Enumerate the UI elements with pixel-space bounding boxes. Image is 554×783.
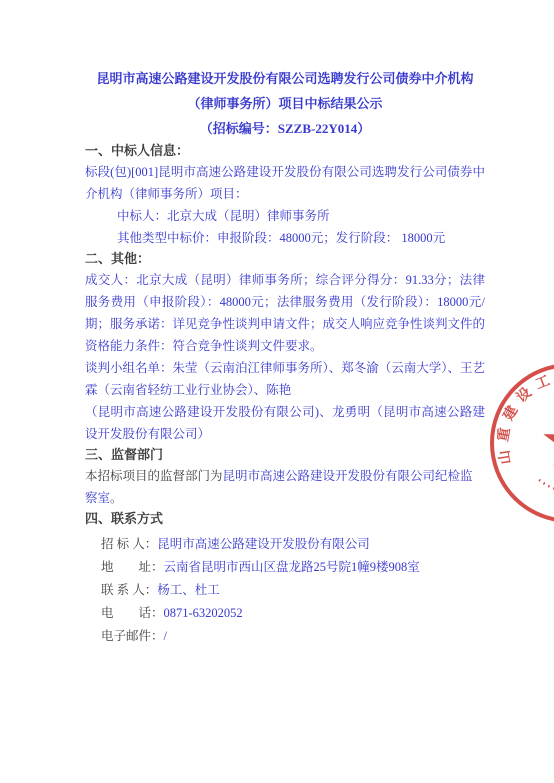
section-1-heading: 一、中标人信息： <box>85 141 485 161</box>
section-3-heading: 三、监督部门 <box>85 445 485 465</box>
tenderer-label: 招 标 人： <box>101 537 157 551</box>
email-value: / <box>164 629 167 643</box>
contact-person-label: 联 系 人： <box>101 583 157 597</box>
seal-serial-dots <box>539 480 554 491</box>
contact-row-address: 地 址：云南省昆明市西山区盘龙路25号院1幢9楼908室 <box>101 556 485 579</box>
company-seal-stamp: 山重建设工程 <box>485 358 554 528</box>
seal-arc-text: 山重建设工程 <box>494 368 554 466</box>
address-label: 地 址： <box>101 560 164 574</box>
seal-outer-ring <box>492 365 554 521</box>
contact-row-phone: 电 话：0871-63202052 <box>101 602 485 625</box>
bid-number: （招标编号：SZZB-22Y014） <box>85 116 485 141</box>
email-label: 电子邮件： <box>101 629 164 643</box>
section-4-heading: 四、联系方式 <box>85 509 485 529</box>
tenderer-value: 昆明市高速公路建设开发股份有限公司 <box>157 537 370 551</box>
svg-text:山重建设工程: 山重建设工程 <box>494 368 554 466</box>
phone-value: 0871-63202052 <box>164 606 243 620</box>
address-value: 云南省昆明市西山区盘龙路25号院1幢9楼908室 <box>164 560 420 574</box>
supervision-line: 本招标项目的监督部门为昆明市高速公路建设开发股份有限公司纪检监察室。 <box>85 465 485 509</box>
seal-star-icon <box>543 415 554 466</box>
deal-details-paragraph: 成交人：北京大成（昆明）律师事务所；综合评分得分：91.33分；法律服务费用（申… <box>85 269 485 357</box>
price-line: 其他类型中标价：申报阶段：48000元；发行阶段： 18000元 <box>85 227 485 249</box>
supervision-suffix: 。 <box>110 491 123 505</box>
supervision-prefix: 本招标项目的监督部门为 <box>85 469 223 483</box>
panel-list-line-1: 谈判小组名单：朱莹（云南泊江律师事务所）、郑冬渝（云南大学）、王艺霖（云南省轻纺… <box>85 357 485 401</box>
contact-row-tenderer: 招 标 人：昆明市高速公路建设开发股份有限公司 <box>101 533 485 556</box>
section-1-paragraph: 标段(包)[001]昆明市高速公路建设开发股份有限公司选聘发行公司债券中介机构（… <box>85 161 485 205</box>
document-content: 昆明市高速公路建设开发股份有限公司选聘发行公司债券中介机构（律师事务所）项目中标… <box>85 66 485 648</box>
section-2-heading: 二、其他： <box>85 249 485 269</box>
contact-person-value: 杨工、杜工 <box>157 583 220 597</box>
panel-list-line-2: （昆明市高速公路建设开发股份有限公司)、龙勇明（昆明市高速公路建设开发股份有限公… <box>85 401 485 445</box>
winner-line: 中标人：北京大成（昆明）律师事务所 <box>85 205 485 227</box>
document-page: 昆明市高速公路建设开发股份有限公司选聘发行公司债券中介机构（律师事务所）项目中标… <box>0 0 554 783</box>
contact-row-email: 电子邮件：/ <box>101 625 485 648</box>
contact-row-contact-person: 联 系 人：杨工、杜工 <box>101 579 485 602</box>
contact-rows: 招 标 人：昆明市高速公路建设开发股份有限公司 地 址：云南省昆明市西山区盘龙路… <box>85 533 485 648</box>
page-title: 昆明市高速公路建设开发股份有限公司选聘发行公司债券中介机构（律师事务所）项目中标… <box>85 66 485 116</box>
phone-label: 电 话： <box>101 606 164 620</box>
